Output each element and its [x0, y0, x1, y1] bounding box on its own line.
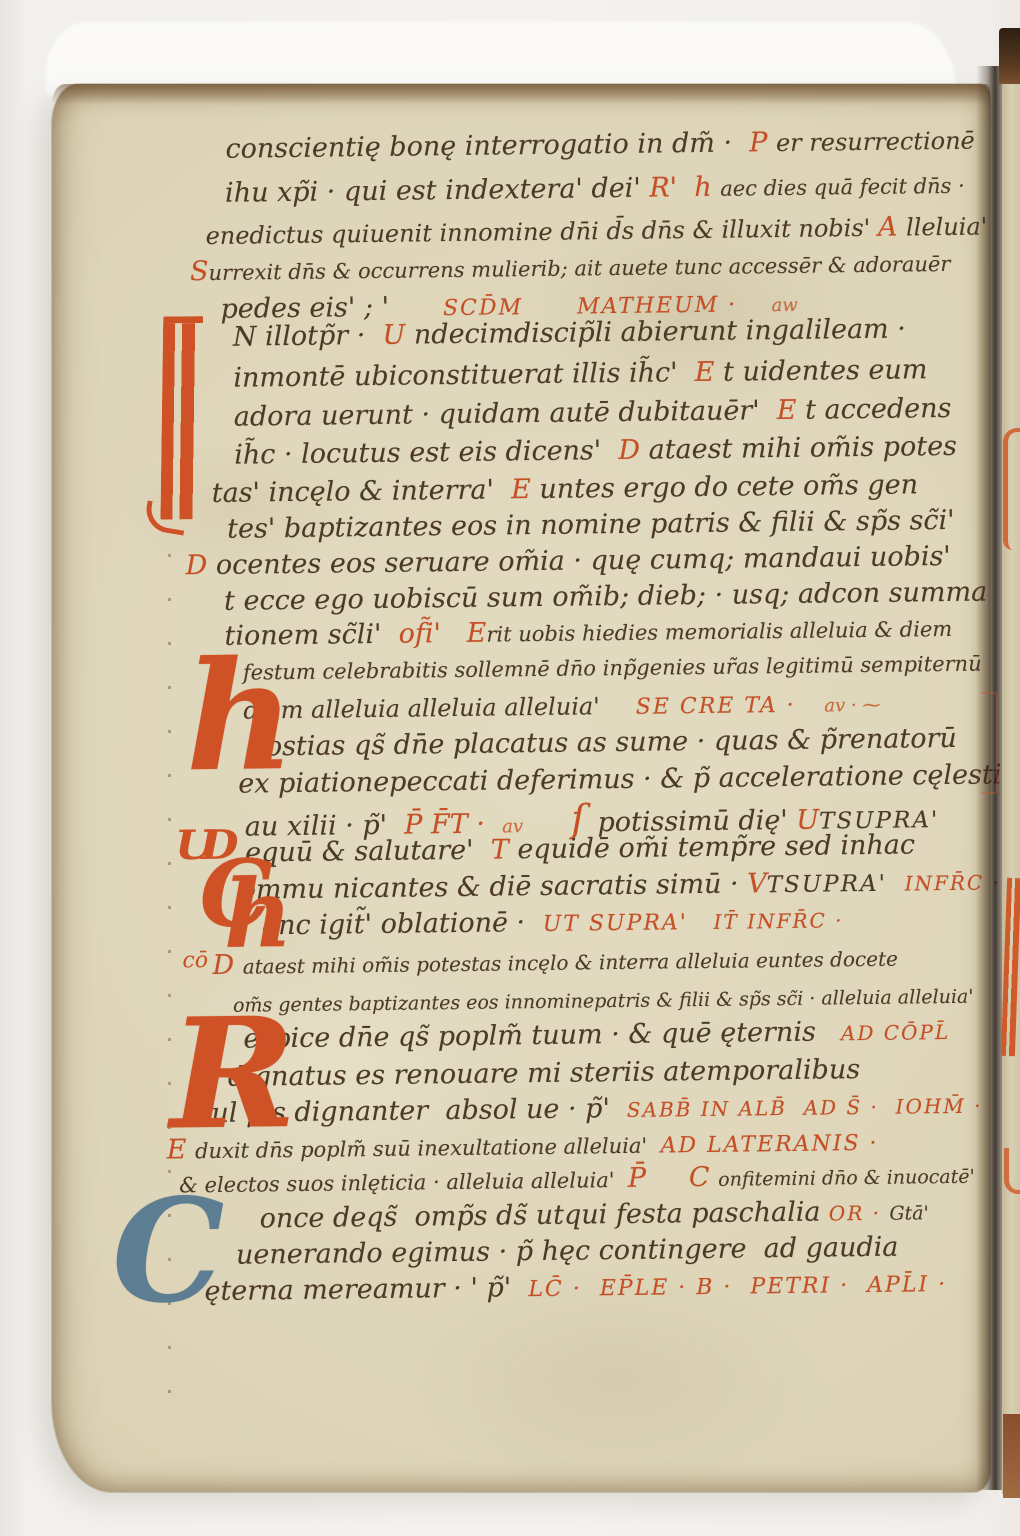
text-segment: enedictus quiuenit innomine dn̄i d̄s dn̄… — [205, 214, 878, 250]
text-segment: festum celebrabitis sollemnē dn̄o inp̃ge… — [243, 652, 982, 685]
text-segment: conscientię bonę interrogatio in dm̃ · — [225, 128, 732, 165]
text-segment: urrexit dn̄s & occurrens mulierib; ait a… — [208, 252, 950, 285]
text-segment: C — [654, 1162, 718, 1194]
text-segment: LC̄ · EP̄LE · B · PETRI · APL̄I · — [528, 1272, 947, 1302]
decorated-initial: cō — [182, 950, 208, 972]
text-segment: of̃i' — [398, 618, 441, 650]
text-segment: T — [491, 834, 518, 865]
text-segment: P̄ — [628, 1163, 655, 1194]
text-segment: OR · — [820, 1201, 889, 1226]
text-segment: uenerando egimus · p̃ hęc contingere ad … — [236, 1232, 899, 1271]
binding-bottom-edge — [1003, 1414, 1020, 1498]
text-segment: tes' baptizantes eos in nomine patris & … — [227, 505, 955, 545]
text-segment: P — [732, 127, 776, 159]
manuscript-line: ih̃c · locutus est eis dicens' D ataest … — [234, 433, 957, 469]
manuscript-line: ex piationepeccati deferimus · & p̃ acce… — [238, 761, 1015, 797]
text-segment: D — [618, 435, 649, 466]
text-segment: R' h — [649, 172, 720, 204]
manuscript-line: N illotp̃r · U ndecimdiscip̃li abierunt … — [233, 315, 906, 350]
text-segment: espice dn̄e qs̃ poplm̃ tuum · & quē ęter… — [243, 1017, 816, 1055]
text-segment: E — [695, 357, 724, 388]
manuscript-line: D ocentes eos seruare om̃ia · quę cumq; … — [185, 543, 950, 579]
text-segment: AD CŌPL̄ — [816, 1020, 951, 1046]
manuscript-line: anc igit̃' oblationē · UT SUPRA' IT̄ INF… — [262, 905, 844, 939]
text-segment: E — [441, 618, 487, 650]
binding-top-edge — [999, 28, 1020, 84]
text-segment: Gtā' — [889, 1202, 929, 1224]
text-segment: D — [185, 550, 216, 581]
text-segment: t uidentes eum — [723, 354, 928, 387]
text-segment: A — [878, 211, 906, 242]
decorated-initial: R — [169, 997, 297, 1151]
decorated-initial: I — [159, 316, 232, 529]
manuscript-line: Surrexit dn̄s & occurrens mulierib; ait … — [190, 249, 951, 285]
text-segment: diem alleluia alleluia alleluia' — [243, 692, 600, 724]
text-segment: ęterna mereamur · ' p̃' — [204, 1272, 528, 1307]
manuscript-line: om̃s gentes baptizantes eos innominepatr… — [233, 981, 974, 1017]
text-segment: once deqs̃ omp̃s ds̃ utqui festa paschal… — [259, 1197, 820, 1235]
text-segment: ostias qs̃ dn̄e placatus as sume · quas … — [266, 723, 957, 762]
text-segment: aw — [737, 295, 798, 317]
text-segment: untes ergo do cete om̃s gen — [539, 469, 918, 505]
text-segment: ocentes eos seruare om̃ia · quę cumq; ma… — [216, 541, 951, 581]
text-segment: rit uobis hiedies memorialis alleluia & … — [486, 617, 952, 647]
text-segment: inmontē ubiconstituerat illis ih̃c' — [233, 357, 695, 394]
text-segment: aec dies quā fecit dn̄s · — [720, 174, 965, 201]
text-segment: SE CRE TA · — [600, 693, 796, 720]
manuscript-line: inmontē ubiconstituerat illis ih̃c' E t … — [233, 356, 927, 391]
manuscript-line: t ecce ego uobiscū sum om̃ib; dieb; · us… — [224, 578, 988, 614]
text-segment: er resurrectionē — [776, 127, 975, 157]
next-page-initial-flourish-top — [1003, 428, 1020, 550]
manuscript-line: ęterna mereamur · ' p̃' LC̄ · EP̄LE · B … — [204, 1269, 947, 1305]
decorated-initial: h — [223, 867, 292, 962]
text-segment: N illotp̃r · — [233, 320, 383, 353]
text-segment: SABB̄ IN ALB̄ AD S̄ · IOHM̄ · — [618, 1094, 982, 1122]
text-segment: V — [738, 868, 766, 899]
right-margin-red-bracket — [981, 692, 998, 794]
text-segment: AD LATERANIS · — [660, 1131, 878, 1159]
manuscript-line: conscientię bonę interrogatio in dm̃ · P… — [225, 127, 975, 163]
text-segment: E — [777, 395, 806, 426]
text-segment: U — [382, 319, 414, 350]
text-segment: ihu xp̃i · qui est indextera' dei' — [225, 173, 650, 209]
text-segment: ih̃c · locutus est eis dicens' — [234, 435, 619, 471]
manuscript-line: ommu nicantes & diē sacratis simū · VTSU… — [239, 867, 1001, 903]
text-segment: equidē om̃i temp̃re sed inhac — [517, 829, 915, 865]
text-segment: tas' incęlo & interra' — [212, 474, 512, 509]
text-segment: UT SUPRA' — [534, 910, 697, 937]
text-segment: adora uerunt · quidam autē dubitauēr' — [234, 395, 777, 433]
text-segment: TSUPRA' — [767, 871, 897, 899]
text-segment: t ecce ego uobiscū sum om̃ib; dieb; · us… — [224, 576, 988, 616]
manuscript-line: tionem sc̃li' of̃i' Erit uobis hiedies m… — [224, 614, 952, 650]
manuscript-line: tas' incęlo & interra' E untes ergo do c… — [212, 471, 919, 507]
text-segment: & electos suos inlęticia · alleluia alle… — [179, 1168, 628, 1197]
manuscript-line: adora uerunt · quidam autē dubitauēr' E … — [234, 395, 952, 431]
text-segment: anc igit̃' oblationē · — [262, 907, 534, 941]
manuscript-line: equū & salutare' T equidē om̃i temp̃re s… — [245, 831, 915, 866]
next-page-initial-flourish-bottom — [1004, 1148, 1020, 1194]
manuscript-line: tes' baptizantes eos in nomine patris & … — [227, 507, 955, 543]
text-layer: conscientię bonę interrogatio in dm̃ · P… — [0, 0, 1020, 1536]
manuscript-line: ihu xp̃i · qui est indextera' dei' R' h … — [225, 171, 965, 207]
manuscript-line: once deqs̃ omp̃s ds̃ utqui festa paschal… — [259, 1197, 928, 1232]
text-segment: ommu nicantes & diē sacratis simū · — [239, 869, 738, 906]
manuscript-line: diem alleluia alleluia alleluia' SE CRE … — [243, 689, 880, 724]
text-segment: dignatus es renouare mi steriis atempora… — [228, 1054, 861, 1093]
manuscript-line: D ataest mihi om̃is potestas incęlo & in… — [212, 944, 898, 979]
text-segment: ataest mihi om̃is potestas incęlo & inte… — [243, 947, 898, 979]
next-page-sliver — [1002, 56, 1020, 1494]
text-segment: ex piationepeccati deferimus · & p̃ acce… — [238, 759, 1015, 799]
text-segment: om̃s gentes baptizantes eos innominepatr… — [233, 986, 974, 1017]
manuscript-line: festum celebrabitis sollemnē dn̄o inp̃ge… — [243, 649, 982, 685]
text-segment: ataest mihi om̃is potes — [648, 431, 957, 466]
manuscript-line: & electos suos inlęticia · alleluia alle… — [179, 1161, 975, 1198]
manuscript-line: dignatus es renouare mi steriis atempora… — [228, 1056, 861, 1091]
text-segment: E — [511, 474, 540, 505]
decorated-initial: C — [111, 1180, 226, 1323]
text-segment: S — [190, 256, 209, 287]
text-segment: onfitemini dn̄o & inuocatē' — [718, 1166, 975, 1191]
decorated-initial: h — [185, 641, 296, 792]
text-segment: IT̄ INFR̄C · — [697, 908, 844, 934]
text-segment: ndecimdiscip̃li abierunt ingalileam · — [414, 313, 906, 350]
manuscript-line: ostias qs̃ dn̄e placatus as sume · quas … — [266, 725, 957, 760]
manuscript-line: enedictus quiuenit innomine dn̄i d̄s dn̄… — [205, 212, 987, 249]
manuscript-line: espice dn̄e qs̃ poplm̃ tuum · & quē ęter… — [243, 1017, 950, 1053]
manuscript-line: cul pis dignanter absol ue · p̃' SABB̄ I… — [196, 1091, 983, 1128]
text-segment: t accedens — [805, 393, 952, 426]
manuscript-line: uenerando egimus · p̃ hęc contingere ad … — [236, 1234, 899, 1269]
text-segment: av · ⁓ — [796, 695, 881, 717]
